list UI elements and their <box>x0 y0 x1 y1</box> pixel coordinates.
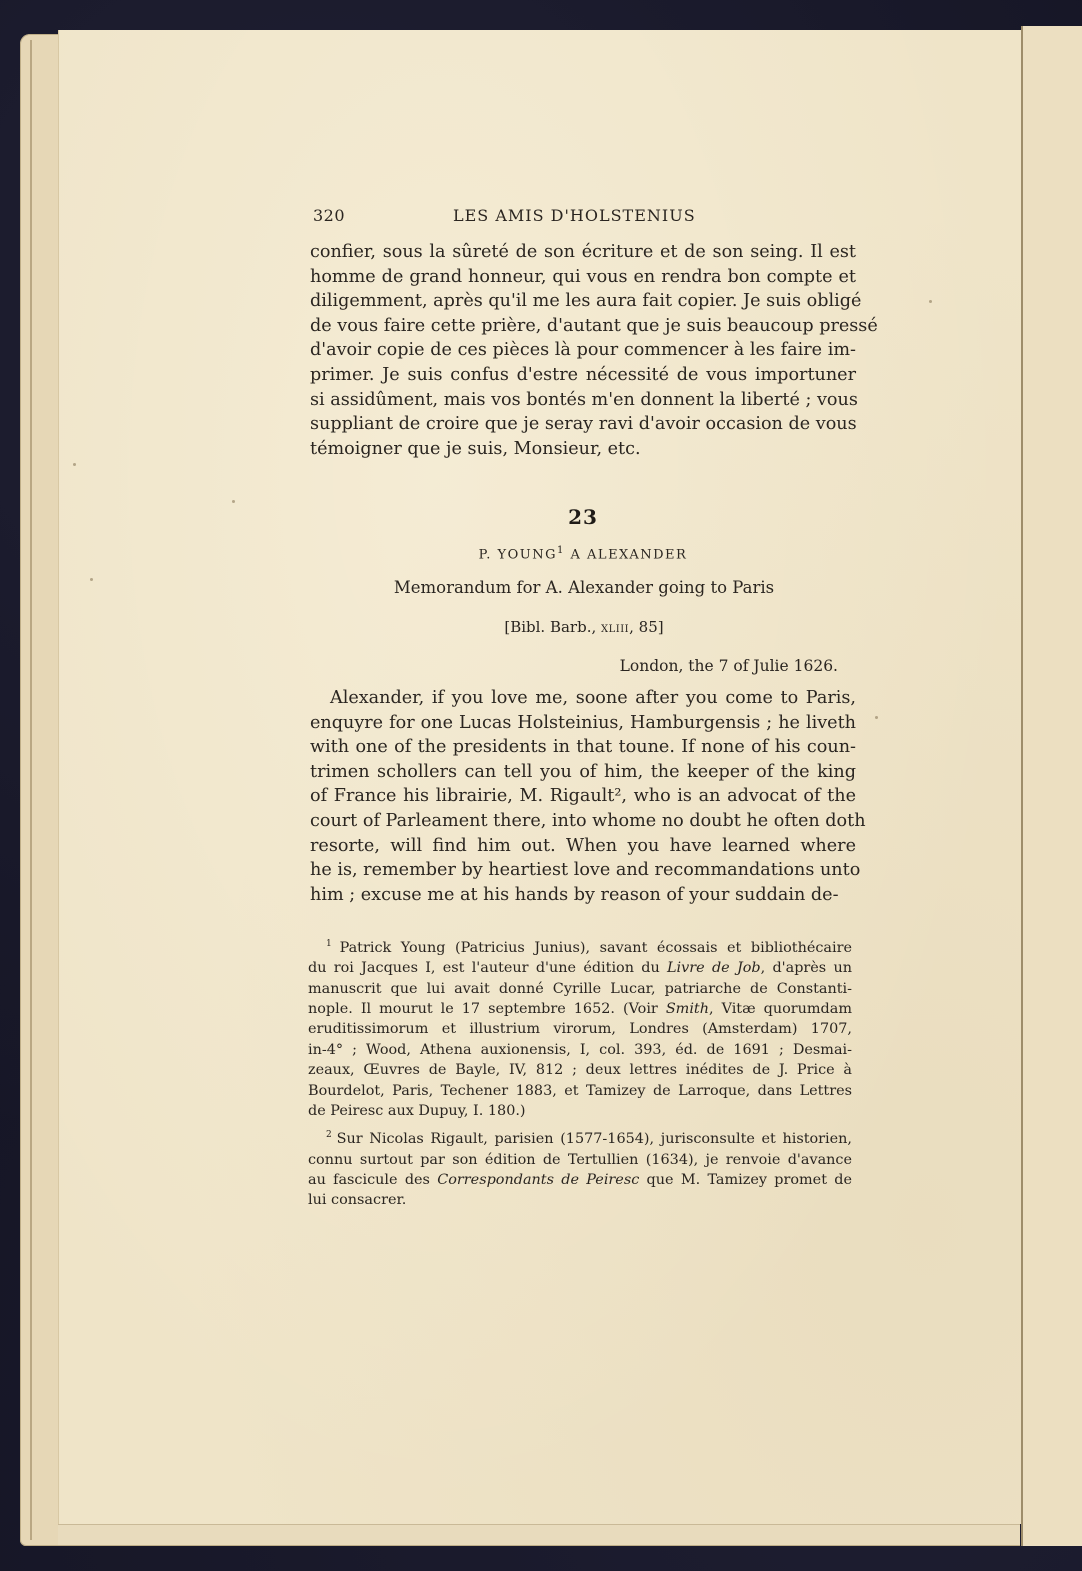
paragraph-text: Alexander, if you love me, soone after y… <box>310 686 856 907</box>
text-line: zeaux, Œuvres de Bayle, IV, 812 ; deux l… <box>308 1060 852 1080</box>
footnote-2: 2 Sur Nicolas Rigault, parisien (1577-16… <box>308 1125 852 1210</box>
heading-recipient: A ALEXANDER <box>565 547 687 562</box>
text-line: diligemment, après qu'il me les aura fai… <box>310 289 856 314</box>
page-number: 320 <box>313 206 345 225</box>
text-line: 2 Sur Nicolas Rigault, parisien (1577-16… <box>308 1125 852 1149</box>
paper-speck <box>929 300 932 303</box>
heading-author: P. YOUNG <box>479 547 557 562</box>
text-line: court of Parleament there, into whome no… <box>310 809 856 834</box>
text-line: de Peiresc aux Dupuy, I. 180.) <box>308 1101 852 1121</box>
letter-heading: P. YOUNG1 A ALEXANDER <box>310 545 856 562</box>
text-line: Bourdelot, Paris, Techener 1883, et Tami… <box>308 1081 852 1101</box>
dateline: London, the 7 of Julie 1626. <box>310 657 838 675</box>
source-suffix: , 85] <box>629 618 663 636</box>
source-reference: [Bibl. Barb., xliii, 85] <box>310 618 858 636</box>
text-line: lui consacrer. <box>308 1190 852 1210</box>
footnote-ref: 1 <box>557 545 565 556</box>
text-line: connu surtout par son édition de Tertull… <box>308 1150 852 1170</box>
text-line: in-4° ; Wood, Athena auxionensis, I, col… <box>308 1040 852 1060</box>
text-line: enquyre for one Lucas Holsteinius, Hambu… <box>310 711 856 736</box>
text-line: primer. Je suis confus d'estre nécessité… <box>310 363 856 388</box>
text-line: d'avoir copie de ces pièces là pour comm… <box>310 338 856 363</box>
running-title: LES AMIS D'HOLSTENIUS <box>453 206 696 225</box>
source-volume: xliii <box>601 620 629 636</box>
footnote-marker: 2 <box>326 1130 337 1140</box>
text-line: homme de grand honneur, qui vous en rend… <box>310 265 856 290</box>
text-line: eruditissimorum et illustrium virorum, L… <box>308 1019 852 1039</box>
continuation-paragraph: confier, sous la sûreté de son écriture … <box>310 240 856 461</box>
text-line: du roi Jacques I, est l'auteur d'une édi… <box>308 958 852 978</box>
text-line: him ; excuse me at his hands by reason o… <box>310 883 856 908</box>
text-line: trimen schollers can tell you of him, th… <box>310 760 856 785</box>
text-line: confier, sous la sûreté de son écriture … <box>310 240 856 265</box>
text-line: si assidûment, mais vos bontés m'en donn… <box>310 388 856 413</box>
running-head: 320 LES AMIS D'HOLSTENIUS <box>313 206 856 230</box>
letter-paragraph: Alexander, if you love me, soone after y… <box>310 686 856 907</box>
page-edge-line <box>30 40 32 1540</box>
text-line: manuscrit que lui avait donné Cyrille Lu… <box>308 979 852 999</box>
text-line: with one of the presidents in that toune… <box>310 735 856 760</box>
footnotes: 1 Patrick Young (Patricius Junius), sava… <box>308 934 852 1211</box>
paper-speck <box>90 578 93 581</box>
text-line: au fascicule des Correspondants de Peire… <box>308 1170 852 1190</box>
paper-speck <box>232 500 235 503</box>
text-line: 1 Patrick Young (Patricius Junius), sava… <box>308 934 852 958</box>
page-bottom-edge <box>58 1524 1020 1545</box>
text-line: de vous faire cette prière, d'autant que… <box>310 314 856 339</box>
text-line: of France his librairie, M. Rigault², wh… <box>310 784 856 809</box>
letter-number: 23 <box>310 505 856 529</box>
text-line: resorte, will find him out. When you hav… <box>310 834 856 859</box>
text-line: suppliant de croire que je seray ravi d'… <box>310 412 856 437</box>
paragraph-text: confier, sous la sûreté de son écriture … <box>310 240 856 461</box>
facing-page-edge <box>1021 26 1082 1546</box>
letter-subtitle: Memorandum for A. Alexander going to Par… <box>310 578 858 597</box>
footnote-1: 1 Patrick Young (Patricius Junius), sava… <box>308 934 852 1121</box>
paper-speck <box>73 463 76 466</box>
text-line: nople. Il mourut le 17 septembre 1652. (… <box>308 999 852 1019</box>
source-prefix: [Bibl. Barb., <box>504 618 601 636</box>
text-line: he is, remember by heartiest love and re… <box>310 858 856 883</box>
text-line: Alexander, if you love me, soone after y… <box>310 686 856 711</box>
text-line: témoigner que je suis, Monsieur, etc. <box>310 437 856 462</box>
paper-speck <box>875 716 878 719</box>
footnote-marker: 1 <box>326 939 340 949</box>
